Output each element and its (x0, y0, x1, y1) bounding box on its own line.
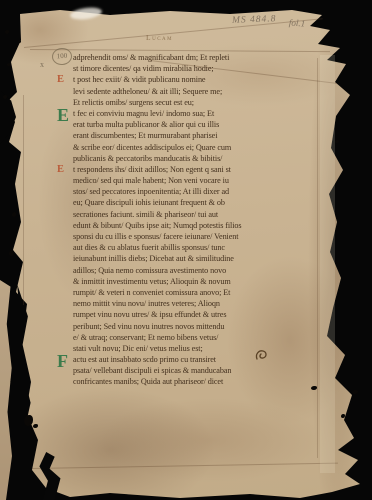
text-line: erat turba multa publicanor & alior qui … (57, 119, 303, 130)
fold-band (320, 55, 335, 473)
shelfmark-inscription: MS 484.8 (232, 14, 277, 26)
line-text: erant discumbentes; Et murmurabant phari… (73, 131, 217, 140)
line-text: peribunt; Sed vinu novu inutres novos mi… (73, 322, 224, 331)
text-line: sponsi du cu illis e sponsus/ facere iei… (57, 231, 303, 242)
worm-hole (352, 390, 358, 394)
text-block: adprehendit oms/ & magnificabant dm; Et … (57, 52, 303, 388)
line-text: adprehendit oms/ & magnificabant dm; Et … (73, 53, 229, 62)
text-line: Et respondens ihs/ dixit adillos; Non eg… (57, 164, 303, 175)
line-text: rumpet vinu novu utres/ & ipsu effundet … (73, 310, 226, 319)
line-text: & scribe eor/ dicentes addiscipulos ei; … (73, 143, 231, 152)
line-text: psata/ vellebant discipuli ei spicas & m… (73, 366, 231, 375)
line-text: stati vult novu; Dic eni/ vetus melius e… (73, 344, 203, 353)
text-line: nemo mittit vinu novu/ inutres veteres; … (57, 298, 303, 309)
line-text: & inmittit investimentu vetus; Alioquin … (73, 277, 231, 286)
manuscript-photo: MS 484.8 fol.1 Lucam 100 x adprehendit o… (0, 0, 372, 500)
text-line: ieiunabunt inillis diebs; Dicebat aut & … (57, 253, 303, 264)
line-text: Et relictis omibs/ surgens secut est eu; (73, 98, 194, 107)
line-text: t post hec exiit/ & vidit publicanu nomi… (73, 75, 205, 84)
text-line: aut dies & cu ablatus fuerit abillis spo… (57, 242, 303, 253)
text-line: eu; Quare discipuli iohis ieiunant frequ… (57, 197, 303, 208)
line-text: edunt & bibunt/ Quibs ipse ait; Numqd po… (73, 221, 241, 230)
text-line: rumpet vinu novu utres/ & ipsu effundet … (57, 309, 303, 320)
line-text: t respondens ihs/ dixit adillos; Non ege… (73, 165, 231, 174)
text-line: e/ & utraq; conservant; Et nemo bibens v… (57, 332, 303, 343)
line-text: actu est aut insabbato scdo primo cu tra… (73, 355, 216, 364)
line-text: publicanis & peccatoribs manducatis & bi… (73, 154, 222, 163)
line-text: e/ & utraq; conservant; Et nemo bibens v… (73, 333, 218, 342)
worm-hole (9, 250, 14, 256)
worm-hole (5, 30, 9, 34)
illuminated-initial: E (57, 110, 73, 120)
text-line: edunt & bibunt/ Quibs ipse ait; Numqd po… (57, 220, 303, 231)
text-line: st timore dicentes/ qa vidim mirabilia h… (57, 63, 303, 74)
text-line: peribunt; Sed vinu novu inutres novos mi… (57, 321, 303, 332)
illuminated-initial: E (57, 74, 73, 85)
line-text: sponsi du cu illis e sponsus/ facere iei… (73, 232, 238, 241)
line-text: nemo mittit vinu novu/ inutres veteres; … (73, 299, 220, 308)
running-title: Lucam (146, 33, 173, 42)
worm-hole (7, 63, 11, 66)
illuminated-initial: E (57, 164, 73, 175)
line-text: st timore dicentes/ qa vidim mirabilia h… (73, 64, 214, 73)
crease-line (23, 95, 24, 305)
text-line: stos/ sed peccatores inpoenitentia; At i… (57, 186, 303, 197)
line-text: medico/ sed qui male habent; Non veni vo… (73, 176, 229, 185)
line-text: eu; Quare discipuli iohis ieiunant frequ… (73, 198, 225, 207)
text-line: & inmittit investimentu vetus; Alioquin … (57, 276, 303, 287)
line-text: adillos; Quia nemo comissura avestimento… (73, 266, 226, 275)
line-text: confricantes manibs; Quida aut phariseor… (73, 377, 223, 386)
line-text: stos/ sed peccatores inpoenitentia; At i… (73, 187, 229, 196)
line-text: erat turba multa publicanor & alior qui … (73, 120, 219, 129)
worm-hole (335, 140, 339, 143)
text-line: rumpit/ & veteri n conveniet comissura a… (57, 287, 303, 298)
text-line: Et relictis omibs/ surgens secut est eu; (57, 97, 303, 108)
folio-inscription: fol.1 (289, 17, 306, 28)
margin-pencil-mark: x (40, 60, 44, 69)
text-line: adprehendit oms/ & magnificabant dm; Et … (57, 52, 303, 63)
line-text: aut dies & cu ablatus fuerit abillis spo… (73, 243, 225, 252)
line-text: secrationes faciunt. simili & phariseor/… (73, 210, 218, 219)
crease-line (317, 58, 318, 458)
worm-hole (12, 212, 16, 217)
text-line: levi sedente adtheloneu/ & ait illi; Seq… (57, 86, 303, 97)
text-line: & scribe eor/ dicentes addiscipulos ei; … (57, 142, 303, 153)
text-line: Et fec ei conviviu magnu levi/ indomo su… (57, 108, 303, 119)
text-line: medico/ sed qui male habent; Non veni vo… (57, 175, 303, 186)
line-text: rumpit/ & veteri n conveniet comissura a… (73, 288, 230, 297)
line-text: t fec ei conviviu magnu levi/ indomo sua… (73, 109, 214, 118)
paraph-curl-mark (254, 348, 270, 367)
line-text: levi sedente adtheloneu/ & ait illi; Seq… (73, 87, 222, 96)
text-line: erant discumbentes; Et murmurabant phari… (57, 130, 303, 141)
text-line: secrationes faciunt. simili & phariseor/… (57, 209, 303, 220)
text-line: adillos; Quia nemo comissura avestimento… (57, 265, 303, 276)
line-text: ieiunabunt inillis diebs; Dicebat aut & … (73, 254, 234, 263)
text-line: confricantes manibs; Quida aut phariseor… (57, 376, 303, 387)
text-line: Et post hec exiit/ & vidit publicanu nom… (57, 74, 303, 85)
illuminated-initial: F (57, 356, 73, 366)
text-line: publicanis & peccatoribs manducatis & bi… (57, 153, 303, 164)
